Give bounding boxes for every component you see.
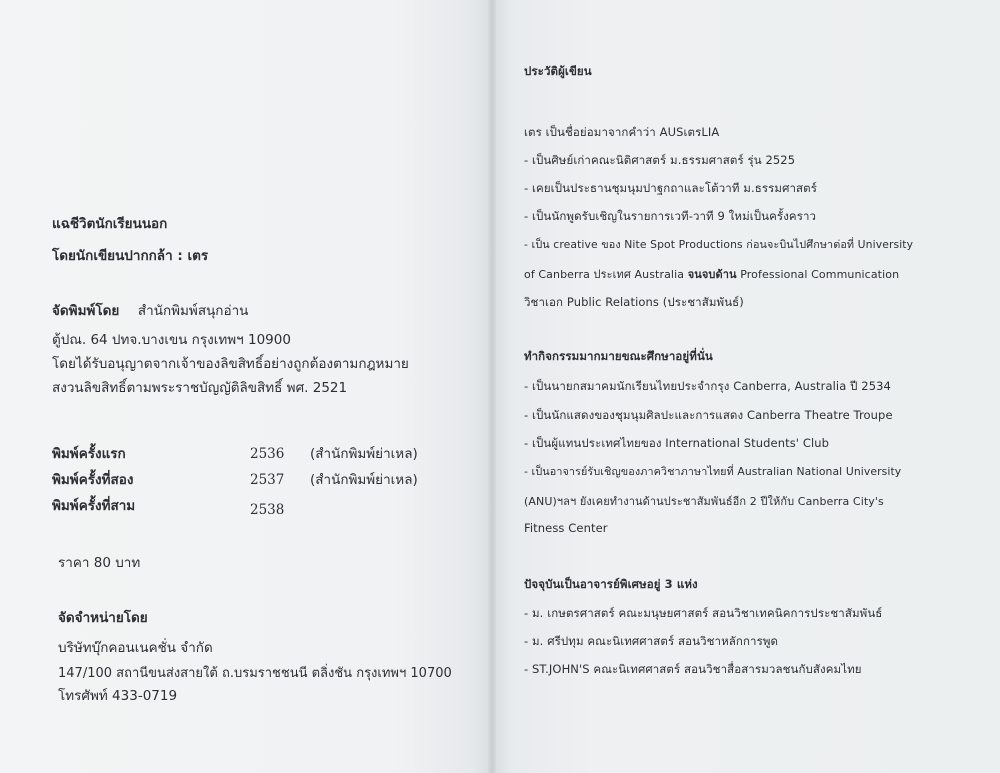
current-item: - ม. ศรีปทุม คณะนิเทศศาสตร์ สอนวิชาหลักก…	[524, 636, 778, 648]
creative-line-3: วิชาเอก Public Relations (ประชาสัมพันธ์)	[524, 297, 744, 309]
creative-line-2: of Canberra ประเทศ Australia จนจบด้าน Pr…	[524, 269, 899, 280]
current-item: - ม. เกษตรศาสตร์ คณะมนุษยศาสตร์ สอนวิชาเ…	[524, 608, 882, 620]
current-item: - ST.JOHN'S คณะนิเทศศาสตร์ สอนวิชาสื่อสา…	[524, 664, 862, 676]
printing-row: พิมพ์ครั้งแรก 2536 (สำนักพิมพ์ย่าเหล)	[52, 448, 472, 462]
printing-label: พิมพ์ครั้งแรก	[52, 446, 126, 462]
anu-line-2: (ANU)ฯลฯ ยังเคยทำงานด้านประชาสัมพันธ์อีก…	[524, 496, 884, 507]
distributor-name: บริษัทบุ๊กคอนเนคชั่น จำกัด	[58, 642, 213, 656]
publisher-label: จัดพิมพ์โดย	[52, 303, 119, 319]
bio-intro: เตร เป็นชื่อย่อมาจากคำว่า AUSเตรLIA	[524, 127, 719, 139]
printing-note: (สำนักพิมพ์ย่าเหล)	[310, 448, 418, 462]
left-page: แฉชีวิตนักเรียนนอก โดยนักเขียนปากกล้า : …	[0, 0, 492, 773]
permission-text: โดยได้รับอนุญาตจากเจ้าของลิขสิทธิ์อย่างถ…	[52, 358, 409, 372]
publisher-line: จัดพิมพ์โดย สำนักพิมพ์สนุกอ่าน	[52, 305, 248, 319]
creative-bold-text: จนจบด้าน	[688, 268, 737, 281]
anu-line-3: Fitness Center	[524, 523, 608, 535]
printing-year: 2538	[250, 504, 284, 518]
distributor-phone: โทรศัพท์ 433-0719	[58, 690, 177, 704]
creative-text: of Canberra ประเทศ Australia	[524, 268, 684, 281]
activity-item: - เป็นนายกสมาคมนักเรียนไทยประจำกรุง Canb…	[524, 381, 891, 393]
copyright-text: สงวนลิขสิทธิ์ตามพระราชบัญญัติลิขสิทธิ์ พ…	[52, 382, 347, 396]
book-spine-gutter	[488, 0, 496, 773]
printing-note: (สำนักพิมพ์ย่าเหล)	[310, 474, 418, 488]
bio-heading: ประวัติผู้เขียน	[524, 66, 592, 78]
activity-item: - เป็นผู้แทนประเทศไทยของ International S…	[524, 438, 829, 450]
author-line: โดยนักเขียนปากกล้า : เตร	[52, 250, 208, 264]
anu-line-1: - เป็นอาจารย์รับเชิญของภาควิชาภาษาไทยที่…	[524, 467, 901, 478]
current-heading: ปัจจุบันเป็นอาจารย์พิเศษอยู่ 3 แห่ง	[524, 579, 698, 591]
printing-label: พิมพ์ครั้งที่สอง	[52, 472, 133, 488]
activity-item: - เป็นนักแสดงของชุมนุมศิลปะและการแสดง Ca…	[524, 410, 893, 422]
bio-item: - เป็นนักพูดรับเชิญในรายการเวที-วาที 9 ใ…	[524, 211, 816, 223]
printing-row: พิมพ์ครั้งที่สาม 2538	[52, 500, 472, 514]
publisher-address: ตู้ปณ. 64 ปทจ.บางเขน กรุงเทพฯ 10900	[52, 334, 291, 348]
activities-heading: ทำกิจกรรมมากมายขณะศึกษาอยู่ที่นั่น	[524, 351, 713, 363]
bio-item: - เคยเป็นประธานชุมนุมปาฐกถาและโต้วาที ม.…	[524, 183, 817, 195]
printing-year: 2536	[250, 448, 284, 462]
creative-text: Professional Communication	[740, 268, 899, 281]
printing-year: 2537	[250, 474, 284, 488]
right-page: ประวัติผู้เขียน เตร เป็นชื่อย่อมาจากคำว่…	[492, 0, 1000, 773]
distributor-label: จัดจำหน่ายโดย	[58, 612, 148, 626]
book-title: แฉชีวิตนักเรียนนอก	[52, 218, 167, 232]
price: ราคา 80 บาท	[58, 557, 140, 571]
publisher-name: สำนักพิมพ์สนุกอ่าน	[138, 303, 248, 319]
bio-item: - เป็นศิษย์เก่าคณะนิติศาสตร์ ม.ธรรมศาสตร…	[524, 155, 795, 167]
distributor-address: 147/100 สถานีขนส่งสายใต้ ถ.บรมราชชนนี ตล…	[58, 667, 452, 680]
printing-row: พิมพ์ครั้งที่สอง 2537 (สำนักพิมพ์ย่าเหล)	[52, 474, 472, 488]
creative-line-1: - เป็น creative ของ Nite Spot Production…	[524, 240, 938, 251]
printing-label: พิมพ์ครั้งที่สาม	[52, 498, 135, 514]
creative-text: - เป็น creative ของ Nite Spot Production…	[524, 240, 913, 251]
